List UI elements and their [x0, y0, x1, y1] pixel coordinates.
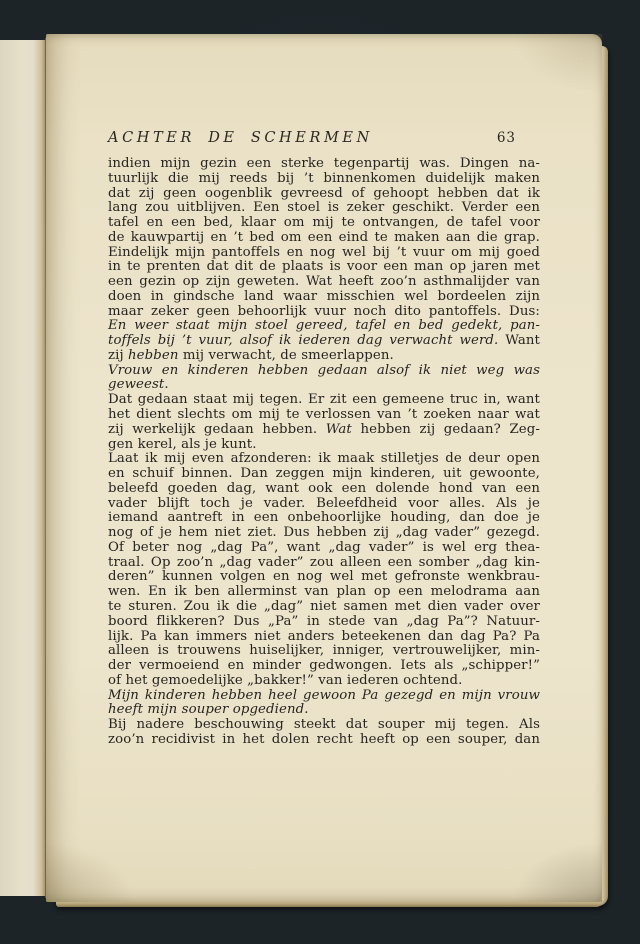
text-segment: Dat gedaan staat mij tegen. Er zit een g…: [108, 392, 540, 407]
text-segment: de kauwpartij en ’t bed om een eind te m…: [108, 230, 540, 245]
text-segment: Laat ik mij even afzonderen: ik maak sti…: [108, 451, 540, 466]
text-segment: zoo’n recidivist in het dolen recht heef…: [108, 732, 540, 747]
text-line: traal. Op zoo’n „dag vader” zou alleen e…: [108, 556, 540, 571]
text-segment: dat zij geen oogenblik gevreesd of gehoo…: [108, 186, 540, 201]
text-segment-italic: toffels bij ’t vuur, alsof ik iederen da…: [108, 333, 498, 348]
text-segment: traal. Op zoo’n „dag vader” zou alleen e…: [108, 555, 540, 570]
text-segment: alleen is trouwens huiselijker, inniger,…: [108, 643, 540, 658]
text-segment: maar zeker geen behoorlijk vuur noch dit…: [108, 304, 540, 319]
page-content: ACHTER DE SCHERMEN 63 indien mijn gezin …: [108, 130, 540, 748]
text-line: Eindelijk mijn pantoffels en nog wel bij…: [108, 246, 540, 261]
text-segment: zij werkelijk gedaan hebben.: [108, 422, 326, 437]
text-line: Laat ik mij even afzonderen: ik maak sti…: [108, 452, 540, 467]
text-segment: Bij nadere beschouwing steekt dat souper…: [108, 717, 540, 732]
text-segment: gen kerel, als je kunt.: [108, 437, 257, 452]
text-line: zij werkelijk gedaan hebben. Wat hebben …: [108, 423, 540, 438]
text-line: dat zij geen oogenblik gevreesd of gehoo…: [108, 187, 540, 202]
text-segment-italic: heeft mijn souper opgediend.: [108, 702, 309, 717]
text-line: een gezin op zijn geweten. Wat heeft zoo…: [108, 275, 540, 290]
text-line: de kauwpartij en ’t bed om een eind te m…: [108, 231, 540, 246]
text-line: tuurlijk die mij reeds bij ’t binnenkome…: [108, 172, 540, 187]
page-corner-shading: [512, 34, 602, 94]
text-segment: Eindelijk mijn pantoffels en nog wel bij…: [108, 245, 540, 260]
text-line: alleen is trouwens huiselijker, inniger,…: [108, 644, 540, 659]
text-line: toffels bij ’t vuur, alsof ik iederen da…: [108, 334, 540, 349]
text-segment: tafel en een bed, klaar om mij te ontvan…: [108, 215, 540, 230]
text-segment-italic: geweest.: [108, 377, 169, 392]
text-line: maar zeker geen behoorlijk vuur noch dit…: [108, 305, 540, 320]
text-segment: der vermoeiend en minder gedwongen. Iets…: [108, 658, 540, 673]
text-line: Of beter nog „dag Pa”, want „dag vader” …: [108, 541, 540, 556]
text-line: nog of je hem niet ziet. Dus hebben zij …: [108, 526, 540, 541]
text-segment: Of beter nog „dag Pa”, want „dag vader” …: [108, 540, 540, 555]
text-line: beleefd goeden dag, want ook een dolende…: [108, 482, 540, 497]
text-line: het dient slechts om mij te verlossen va…: [108, 408, 540, 423]
text-line: wen. En ik ben allerminst van plan op ee…: [108, 585, 540, 600]
text-segment: Want: [498, 333, 540, 348]
book-page: ACHTER DE SCHERMEN 63 indien mijn gezin …: [46, 34, 602, 902]
text-segment: doen in gindsche land waar misschien wel…: [108, 289, 540, 304]
text-line: heeft mijn souper opgediend.: [108, 703, 540, 718]
text-line: tafel en een bed, klaar om mij te ontvan…: [108, 216, 540, 231]
text-segment-italic: En weer staat mijn stoel gereed, tafel e…: [108, 318, 540, 333]
text-segment: het dient slechts om mij te verlossen va…: [108, 407, 540, 422]
text-line: geweest.: [108, 378, 540, 393]
text-segment-italic: Vrouw en kinderen hebben gedaan alsof ik…: [108, 363, 540, 378]
text-segment-italic: hebben: [128, 348, 179, 363]
text-segment-italic: Mijn kinderen hebben heel gewoon Pa geze…: [108, 688, 540, 703]
text-segment: hebben zij gedaan? Zeg-: [352, 422, 540, 437]
text-segment: deren” kunnen volgen en nog wel met gefr…: [108, 569, 540, 584]
text-segment: te sturen. Zou ik die „dag” niet samen m…: [108, 599, 540, 614]
text-line: te sturen. Zou ik die „dag” niet samen m…: [108, 600, 540, 615]
text-line: Bij nadere beschouwing steekt dat souper…: [108, 718, 540, 733]
text-line: En weer staat mijn stoel gereed, tafel e…: [108, 319, 540, 334]
running-header: ACHTER DE SCHERMEN 63: [108, 130, 540, 146]
text-segment: lijk. Pa kan immers niet anders beteeken…: [108, 629, 540, 644]
text-line: Mijn kinderen hebben heel gewoon Pa geze…: [108, 689, 540, 704]
text-segment: iemand aantreft in een onbehoorlijke hou…: [108, 510, 540, 525]
text-line: boord flikkeren? Dus „Pa” in stede van „…: [108, 615, 540, 630]
text-line: zoo’n recidivist in het dolen recht heef…: [108, 733, 540, 748]
text-segment: nog of je hem niet ziet. Dus hebben zij …: [108, 525, 540, 540]
text-line: of het gemoedelijke „bakker!” van iedere…: [108, 674, 540, 689]
text-line: indien mijn gezin een sterke tegenpartij…: [108, 157, 540, 172]
text-line: lang zou uitblijven. Een stoel is zeker …: [108, 201, 540, 216]
text-line: der vermoeiend en minder gedwongen. Iets…: [108, 659, 540, 674]
text-segment: mij verwacht, de smeerlappen.: [179, 348, 394, 363]
page-corner-shading: [512, 842, 602, 902]
text-segment: en schuif binnen. Dan zeggen mijn kinder…: [108, 466, 540, 481]
facing-page-edge: [0, 40, 46, 896]
text-segment: lang zou uitblijven. Een stoel is zeker …: [108, 200, 540, 215]
text-segment: wen. En ik ben allerminst van plan op ee…: [108, 584, 540, 599]
text-segment: boord flikkeren? Dus „Pa” in stede van „…: [108, 614, 540, 629]
text-line: doen in gindsche land waar misschien wel…: [108, 290, 540, 305]
text-line: zij hebben mij verwacht, de smeerlappen.: [108, 349, 540, 364]
text-line: Dat gedaan staat mij tegen. Er zit een g…: [108, 393, 540, 408]
text-line: gen kerel, als je kunt.: [108, 438, 540, 453]
text-line: lijk. Pa kan immers niet anders beteeken…: [108, 630, 540, 645]
text-line: en schuif binnen. Dan zeggen mijn kinder…: [108, 467, 540, 482]
page-corner-shading: [46, 842, 136, 902]
text-segment: of het gemoedelijke „bakker!” van iedere…: [108, 673, 463, 688]
text-line: Vrouw en kinderen hebben gedaan alsof ik…: [108, 364, 540, 379]
text-segment: beleefd goeden dag, want ook een dolende…: [108, 481, 540, 496]
book-scan-scene: ACHTER DE SCHERMEN 63 indien mijn gezin …: [0, 0, 640, 944]
running-header-title: ACHTER DE SCHERMEN: [108, 130, 373, 146]
text-segment-italic: Wat: [326, 422, 352, 437]
page-number: 63: [497, 130, 516, 146]
text-segment: zij: [108, 348, 128, 363]
text-segment: in te prenten dat dit de plaats is voor …: [108, 259, 540, 274]
text-line: iemand aantreft in een onbehoorlijke hou…: [108, 511, 540, 526]
body-text: indien mijn gezin een sterke tegenpartij…: [108, 157, 540, 748]
text-line: vader blijft toch je vader. Beleefdheid …: [108, 497, 540, 512]
text-segment: een gezin op zijn geweten. Wat heeft zoo…: [108, 274, 540, 289]
text-segment: tuurlijk die mij reeds bij ’t binnenkome…: [108, 171, 540, 186]
text-segment: vader blijft toch je vader. Beleefdheid …: [108, 496, 540, 511]
text-line: deren” kunnen volgen en nog wel met gefr…: [108, 570, 540, 585]
text-line: in te prenten dat dit de plaats is voor …: [108, 260, 540, 275]
text-segment: indien mijn gezin een sterke tegenpartij…: [108, 156, 540, 171]
